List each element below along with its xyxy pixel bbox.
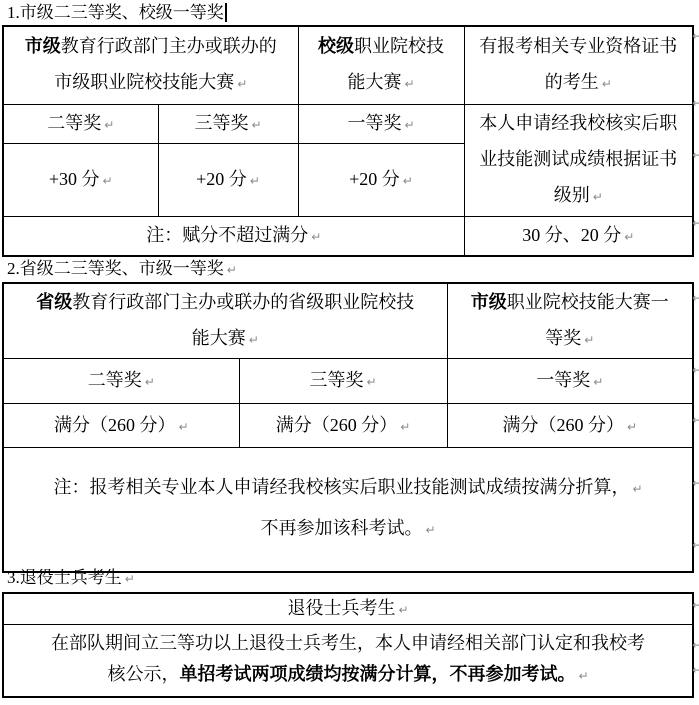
province-level-bold: 省级 — [36, 292, 72, 312]
paragraph-mark: ↵ — [398, 603, 408, 617]
city-competition-header-line2-text: 市级职业院校技能大赛 — [54, 72, 234, 92]
paragraph-mark: ↵ — [311, 230, 321, 244]
section3-title-text: 3.退役士兵考生 — [7, 568, 122, 587]
document-page: 1.市级二三等奖、校级一等奖 市级教育行政部门主办或联办的 市级职业院校技能大赛… — [0, 0, 699, 705]
city-first-prize-header-line1: 市级职业院校技能大赛一 — [452, 284, 689, 320]
cell-cert-points: 30 分、20 分↵ — [464, 216, 693, 256]
city-level-bold: 市级 — [25, 36, 61, 56]
school-competition-header-rest: 职业院校技 — [354, 36, 444, 56]
veteran-rule-line2-regular: 核公示， — [107, 664, 179, 684]
cell-award-second: 二等奖↵ — [3, 104, 158, 143]
award2-third-text: 三等奖 — [309, 370, 363, 390]
row-end-mark: ↵ — [692, 538, 699, 552]
paragraph-mark: ↵ — [227, 263, 237, 277]
row-end-mark: ↵ — [692, 363, 699, 377]
cert-holder-header-line2-text: 的考生 — [545, 72, 599, 92]
cell-award2-second: 二等奖↵ — [3, 359, 239, 404]
city-first-prize-header-line2-text: 等奖 — [545, 328, 581, 348]
cell-award-third: 三等奖↵ — [158, 104, 298, 143]
cert-points-text: 30 分、20 分 — [522, 225, 621, 245]
section2-table: 省级教育行政部门主办或联办的省级职业院校技 能大赛↵ 市级职业院校技能大赛一 等… — [2, 282, 694, 573]
paragraph-mark: ↵ — [403, 174, 413, 188]
paragraph-mark: ↵ — [627, 420, 637, 434]
school-level-bold: 校级 — [318, 36, 354, 56]
province-competition-header-line2: 能大赛↵ — [8, 320, 443, 358]
school-competition-header-line1: 校级职业院校技 — [303, 28, 460, 64]
city-competition-header-line2: 市级职业院校技能大赛↵ — [8, 64, 294, 102]
veteran-header-text: 退役士兵考生 — [287, 598, 395, 618]
city-first-prize-header-line2: 等奖↵ — [452, 320, 689, 358]
cert-rule-line2: 业技能测试成绩根据证书 — [469, 141, 689, 177]
province-competition-header-rest: 教育行政部门主办或联办的省级职业院校技 — [72, 292, 414, 312]
paragraph-mark: ↵ — [237, 77, 247, 91]
score-full-c-text: 满分（260 分） — [502, 415, 624, 435]
cert-rule-line1: 本人申请经我校核实后职 — [469, 105, 689, 141]
paragraph-mark: ↵ — [103, 174, 113, 188]
cell-points-20a: +20 分↵ — [158, 143, 298, 216]
award2-second-text: 二等奖 — [88, 370, 142, 390]
row-end-mark: ↵ — [692, 598, 699, 612]
cert-holder-header-line1: 有报考相关专业资格证书 — [469, 28, 689, 64]
points-30-text: +30 分 — [49, 169, 100, 189]
cell-cert-holder-header: 有报考相关专业资格证书 的考生↵ — [464, 26, 693, 104]
paragraph-mark: ↵ — [593, 375, 603, 389]
paragraph-mark: ↵ — [593, 190, 603, 204]
cell-award2-first: 一等奖↵ — [447, 359, 693, 404]
note-conversion-line2: 不再参加该科考试。↵ — [8, 509, 688, 550]
cell-city-first-prize-header: 市级职业院校技能大赛一 等奖↵ — [447, 283, 693, 359]
section2-title: 2.省级二三等奖、市级一等奖↵ — [7, 258, 237, 281]
section3-table: 退役士兵考生↵ 在部队期间立三等功以上退役士兵考生，本人申请经相关部门认定和我校… — [2, 592, 694, 698]
city-competition-header-line1: 市级教育行政部门主办或联办的 — [8, 28, 294, 64]
row-end-mark: ↵ — [692, 291, 699, 305]
veteran-rule-line2-bold: 单招考试两项成绩均按满分计算，不再参加考试。 — [179, 664, 575, 684]
paragraph-mark: ↵ — [624, 230, 634, 244]
cell-school-competition-header: 校级职业院校技 能大赛↵ — [298, 26, 464, 104]
cert-rule-line3-text: 级别 — [554, 185, 590, 205]
paragraph-mark: ↵ — [584, 333, 594, 347]
note-max-score-text: 注：赋分不超过满分 — [146, 225, 308, 245]
city-competition-header-rest: 教育行政部门主办或联办的 — [61, 36, 277, 56]
award-second-text: 二等奖 — [47, 113, 101, 133]
section1-table: 市级教育行政部门主办或联办的 市级职业院校技能大赛↵ 校级职业院校技 能大赛↵ … — [2, 25, 694, 257]
score-full-b-text: 满分（260 分） — [276, 415, 398, 435]
paragraph-mark: ↵ — [145, 375, 155, 389]
cell-province-competition-header: 省级教育行政部门主办或联办的省级职业院校技 能大赛↵ — [3, 283, 447, 359]
row-end-mark: ↵ — [692, 148, 699, 162]
cell-score-full-c: 满分（260 分）↵ — [447, 404, 693, 448]
paragraph-mark: ↵ — [250, 174, 260, 188]
cell-score-full-a: 满分（260 分）↵ — [3, 404, 239, 448]
paragraph-mark: ↵ — [178, 420, 188, 434]
city-first-prize-header-rest: 职业院校技能大赛一 — [507, 292, 669, 312]
points-20a-text: +20 分 — [196, 169, 247, 189]
city-level-bold2: 市级 — [471, 292, 507, 312]
row-end-mark: ↵ — [692, 663, 699, 677]
paragraph-mark: ↵ — [602, 77, 612, 91]
cell-note-max-score: 注：赋分不超过满分↵ — [3, 216, 464, 256]
cell-veteran-rule: 在部队期间立三等功以上退役士兵考生，本人申请经相关部门认定和我校考 核公示，单招… — [3, 625, 693, 697]
paragraph-mark: ↵ — [425, 523, 435, 537]
score-full-a-text: 满分（260 分） — [54, 415, 176, 435]
section2-title-text: 2.省级二三等奖、市级一等奖 — [7, 259, 224, 278]
cell-points-30: +30 分↵ — [3, 143, 158, 216]
school-competition-header-line2-text: 能大赛 — [347, 72, 401, 92]
cell-award-first: 一等奖↵ — [298, 104, 464, 143]
row-end-mark: ↵ — [692, 216, 699, 230]
line-break-mark: ↵ — [632, 482, 642, 496]
paragraph-mark: ↵ — [404, 77, 414, 91]
row-end-mark: ↵ — [692, 476, 699, 490]
row-end-mark: ↵ — [692, 413, 699, 427]
row-end-mark: ↵ — [692, 29, 699, 43]
row-end-mark: ↵ — [692, 638, 699, 652]
cell-city-competition-header: 市级教育行政部门主办或联办的 市级职业院校技能大赛↵ — [3, 26, 298, 104]
cert-rule-line3: 级别↵ — [469, 177, 689, 215]
note-conversion-line2-text: 不再参加该科考试。 — [260, 518, 422, 538]
note-conversion-line1: 注：报考相关专业本人申请经我校核实后职业技能测试成绩按满分折算，↵ — [8, 468, 688, 509]
paragraph-mark: ↵ — [578, 669, 588, 683]
school-competition-header-line2: 能大赛↵ — [303, 64, 460, 102]
paragraph-mark: ↵ — [125, 572, 135, 586]
cell-points-20b: +20 分↵ — [298, 143, 464, 216]
paragraph-mark: ↵ — [104, 118, 114, 132]
cell-note-conversion: 注：报考相关专业本人申请经我校核实后职业技能测试成绩按满分折算，↵ 不再参加该科… — [3, 448, 693, 572]
section3-title: 3.退役士兵考生↵ — [7, 567, 135, 590]
row-end-mark: ↵ — [692, 96, 699, 110]
points-20b-text: +20 分 — [349, 169, 400, 189]
cell-score-full-b: 满分（260 分）↵ — [239, 404, 447, 448]
paragraph-mark: ↵ — [366, 375, 376, 389]
veteran-rule-line1: 在部队期间立三等功以上退役士兵考生，本人申请经相关部门认定和我校考 — [8, 628, 688, 659]
award-first-text: 一等奖 — [347, 113, 401, 133]
veteran-rule-line2: 核公示，单招考试两项成绩均按满分计算，不再参加考试。↵ — [8, 659, 688, 692]
section1-title: 1.市级二三等奖、校级一等奖 — [7, 2, 227, 24]
paragraph-mark: ↵ — [404, 118, 414, 132]
province-competition-header-line1: 省级教育行政部门主办或联办的省级职业院校技 — [8, 284, 443, 320]
cell-cert-rule: 本人申请经我校核实后职 业技能测试成绩根据证书 级别↵ — [464, 104, 693, 216]
province-competition-header-line2-text: 能大赛 — [192, 328, 246, 348]
cert-holder-header-line2: 的考生↵ — [469, 64, 689, 102]
award-third-text: 三等奖 — [194, 113, 248, 133]
paragraph-mark: ↵ — [249, 333, 259, 347]
text-cursor — [225, 3, 227, 22]
paragraph-mark: ↵ — [400, 420, 410, 434]
paragraph-mark: ↵ — [251, 118, 261, 132]
section1-title-text: 1.市级二三等奖、校级一等奖 — [7, 3, 224, 22]
award2-first-text: 一等奖 — [536, 370, 590, 390]
cell-veteran-header: 退役士兵考生↵ — [3, 593, 693, 625]
note-conversion-line1-text: 注：报考相关专业本人申请经我校核实后职业技能测试成绩按满分折算， — [53, 477, 629, 497]
cell-award2-third: 三等奖↵ — [239, 359, 447, 404]
